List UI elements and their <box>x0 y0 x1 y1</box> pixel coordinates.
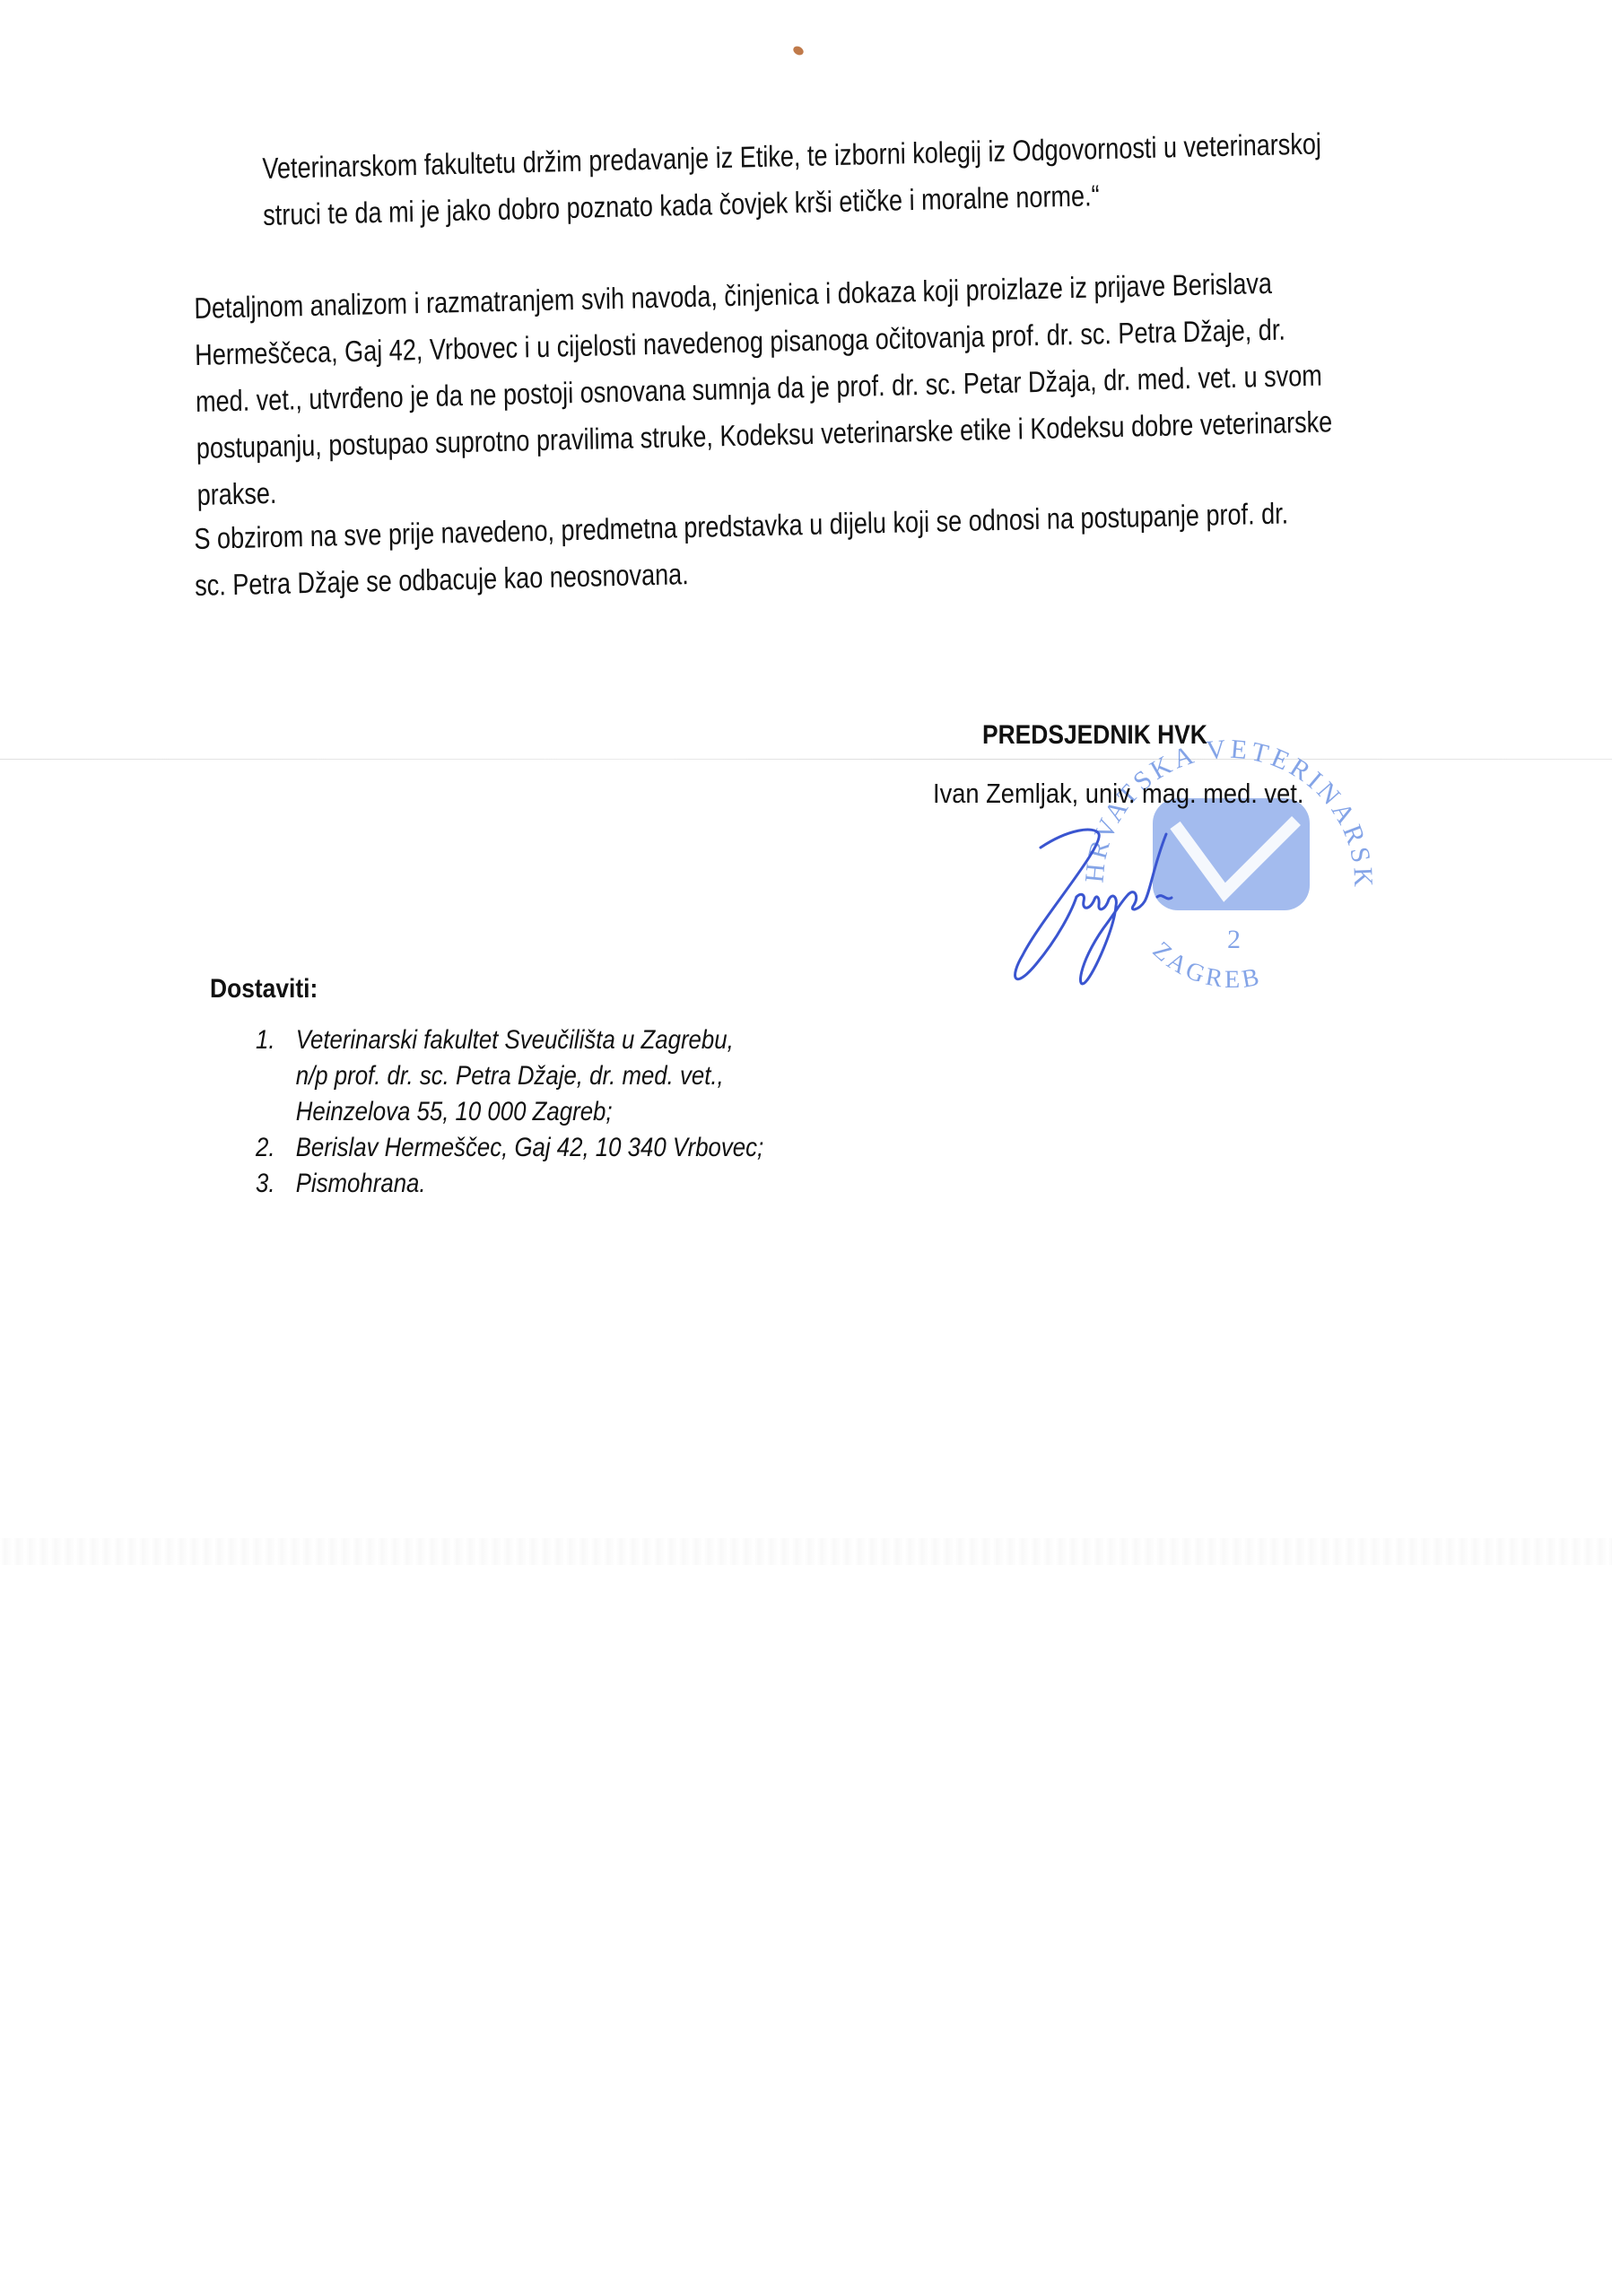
handwritten-signature <box>987 812 1220 991</box>
recipient-number: 1. <box>256 1022 296 1058</box>
signatory-name: Ivan Zemljak, univ. mag. med. vet. <box>933 778 1303 810</box>
document-page: Veterinarskom fakultetu držim predavanje… <box>0 0 1612 2296</box>
recipient-item: 3. Pismohrana. <box>256 1166 763 1202</box>
recipient-line: Pismohrana. <box>296 1166 426 1202</box>
recipient-number: 2. <box>256 1130 296 1166</box>
recipient-line: Veterinarski fakultet Sveučilišta u Zagr… <box>296 1022 734 1058</box>
stamp-number: 2 <box>1227 925 1241 954</box>
finding-paragraph: Detaljnom analizom i razmatranjem svih n… <box>194 258 1333 518</box>
quote-continuation-paragraph: Veterinarskom fakultetu držim predavanje… <box>262 120 1322 239</box>
scan-artifact-band <box>0 1538 1612 1565</box>
delivery-heading: Dostaviti: <box>210 974 318 1004</box>
recipient-line: Berislav Hermeščec, Gaj 42, 10 340 Vrbov… <box>296 1130 764 1166</box>
recipient-list: 1. Veterinarski fakultet Sveučilišta u Z… <box>256 1022 763 1202</box>
signature-block: HRVATSKA VETERINARSKA KOMORA ZAGREB 2 PR… <box>933 713 1381 1000</box>
recipient-number: 3. <box>256 1166 296 1202</box>
paper-speck <box>792 45 806 57</box>
recipient-line: n/p prof. dr. sc. Petra Džaje, dr. med. … <box>296 1058 734 1094</box>
signatory-title: PREDSJEDNIK HVK <box>982 720 1207 751</box>
recipient-item: 1. Veterinarski fakultet Sveučilišta u Z… <box>256 1022 763 1130</box>
recipient-line: Heinzelova 55, 10 000 Zagreb; <box>296 1094 734 1130</box>
recipient-item: 2. Berislav Hermeščec, Gaj 42, 10 340 Vr… <box>256 1130 763 1166</box>
